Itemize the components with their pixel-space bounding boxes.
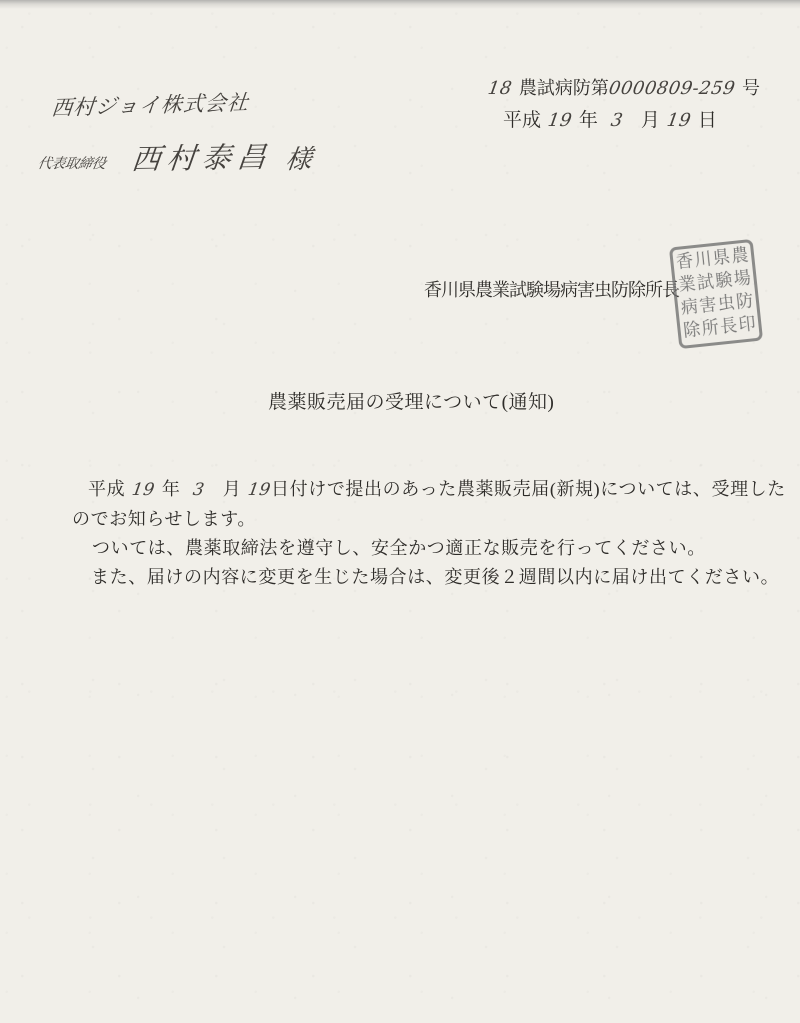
seal-char: 除 <box>682 318 703 344</box>
body-year-unit: 年 <box>162 479 181 499</box>
body-day: 19 <box>247 480 273 500</box>
scan-edge-artifact <box>0 0 800 9</box>
date-month-unit: 月 <box>641 110 660 131</box>
scanned-letter-page: 18農試病防第0000809-259号 平成19年3月19日 西村ジョイ株式会社… <box>0 0 800 1023</box>
seal-char: 病 <box>679 295 700 321</box>
body-year: 19 <box>131 480 157 500</box>
body-month: 3 <box>192 480 206 500</box>
date-day: 19 <box>665 110 692 131</box>
body-era: 平成 <box>88 479 125 499</box>
date-era: 平成 <box>503 110 541 131</box>
seal-char: 農 <box>730 244 751 270</box>
seal-char: 害 <box>698 293 719 319</box>
doc-number-unit: 号 <box>742 78 760 98</box>
seal-char: 川 <box>693 248 714 274</box>
date-day-unit: 日 <box>698 110 717 131</box>
issue-date-line: 平成19年3月19日 <box>503 105 717 132</box>
sender-title: 香川県農業試験場病害虫防除所長 <box>424 276 679 302</box>
date-year-unit: 年 <box>579 110 598 131</box>
seal-char: 香 <box>674 250 695 276</box>
recipient-name-line: 代表取締役 西村泰昌 様 <box>38 136 313 177</box>
body-line-2: のでお知らせします。 <box>72 505 256 531</box>
seal-char: 所 <box>700 316 721 342</box>
date-month: 3 <box>609 110 624 131</box>
recipient-role: 代表取締役 <box>36 153 107 173</box>
seal-char: 験 <box>714 269 735 295</box>
seal-char: 防 <box>734 290 755 316</box>
body-line-1-rest: 日付けで提出のあった農薬販売届(新規)については、受理した <box>271 479 786 499</box>
body-line-4: また、届けの内容に変更を生じた場合は、変更後２週間以内に届け出てください。 <box>91 563 779 589</box>
doc-number-fiscal-year: 18 <box>486 78 513 99</box>
subject-title: 農薬販売届の受理について(通知) <box>268 387 554 414</box>
seal-char: 県 <box>711 246 732 272</box>
seal-char: 長 <box>718 314 739 340</box>
document-number-line: 18農試病防第0000809-259号 <box>488 74 760 100</box>
official-seal-stamp: 香 川 県 農 業 試 験 場 病 害 虫 防 除 所 長 印 <box>669 239 763 349</box>
recipient-company: 西村ジョイ株式会社 <box>50 86 250 122</box>
seal-char: 場 <box>732 267 753 293</box>
seal-char: 虫 <box>716 291 737 317</box>
seal-char: 試 <box>695 271 716 297</box>
doc-number-label: 農試病防第 <box>519 78 609 98</box>
seal-char: 印 <box>737 312 758 338</box>
body-month-unit: 月 <box>223 479 242 499</box>
doc-number-value: 0000809-259 <box>607 78 736 99</box>
recipient-name: 西村泰昌 <box>129 135 274 178</box>
body-line-3: ついては、農薬取締法を遵守し、安全かつ適正な販売を行ってください。 <box>92 534 706 560</box>
body-line-1: 平成19年3月19日付けで提出のあった農薬販売届(新規)については、受理した <box>88 475 786 501</box>
date-year: 19 <box>546 110 573 131</box>
seal-char: 業 <box>677 272 698 298</box>
recipient-honorific: 様 <box>283 139 315 177</box>
